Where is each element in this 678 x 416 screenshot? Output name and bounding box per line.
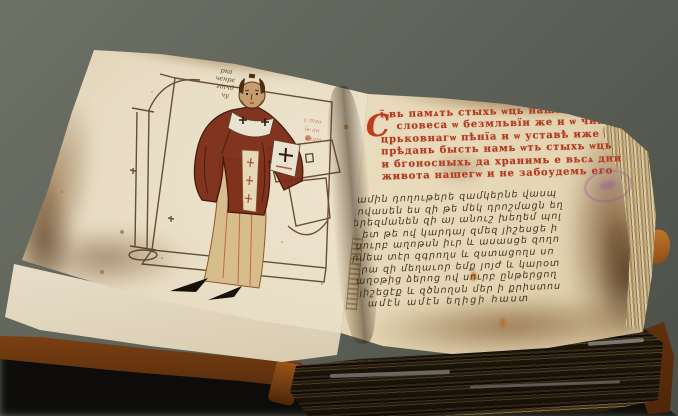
cursive-text-block: նամին դողութերե զամկերնե վասպ ովասեն ես … (350, 185, 642, 311)
bishop-figure (170, 74, 303, 300)
photo-open-manuscript: С ї вь памѧть стыхь ѡць нашихь и бѣ слов… (0, 0, 678, 416)
bishop-saint-miniature: рка чєнрє гтчд чу с тго їѡ ан злат (112, 50, 352, 300)
stamp-inner-mark (599, 180, 616, 191)
red-inscription-line: їѡ ан (304, 126, 320, 135)
miniature-caption-line: чу (221, 91, 230, 100)
red-inscription-line: с тго (303, 116, 322, 125)
wax-drip-spot (500, 318, 506, 328)
red-paint-blob (305, 135, 311, 141)
